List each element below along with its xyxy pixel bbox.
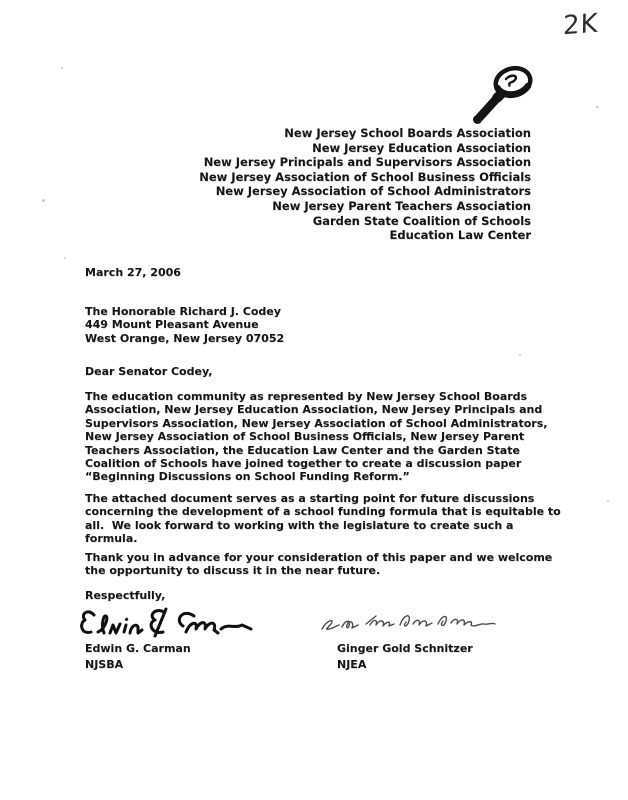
body-paragraph-2: The attached document serves as a starti…: [85, 492, 561, 546]
scan-speck: [61, 67, 63, 69]
scan-speck: [42, 199, 45, 202]
signer-organization: NJSBA: [85, 658, 123, 671]
magnifying-glass-icon: [468, 60, 540, 128]
scan-speck: [596, 106, 599, 108]
carman-signature-script: [78, 606, 258, 644]
recipient-address: The Honorable Richard J. Codey 449 Mount…: [85, 305, 284, 345]
signer-name: Edwin G. Carman: [85, 642, 191, 655]
handwritten-annotation: 2K: [563, 9, 599, 42]
body-paragraph-3: Thank you in advance for your considerat…: [85, 551, 552, 578]
signer-organization: NJEA: [337, 658, 366, 671]
schnitzer-signature-script: [318, 611, 498, 637]
letter-page: 2K New Jersey School Boards Association …: [0, 0, 628, 800]
letterhead-organizations: New Jersey School Boards Association New…: [199, 126, 531, 243]
scan-speck: [64, 257, 66, 259]
signer-block-carman: Edwin G. Carman NJSBA: [85, 641, 191, 672]
scan-speck: [519, 354, 521, 356]
signer-block-schnitzer: Ginger Gold Schnitzer NJEA: [337, 641, 473, 672]
salutation: Dear Senator Codey,: [85, 365, 212, 378]
signer-name: Ginger Gold Schnitzer: [337, 642, 473, 655]
letter-date: March 27, 2006: [85, 266, 181, 279]
scan-speck: [607, 500, 609, 502]
closing: Respectfully,: [85, 589, 165, 602]
body-paragraph-1: The education community as represented b…: [85, 390, 547, 484]
